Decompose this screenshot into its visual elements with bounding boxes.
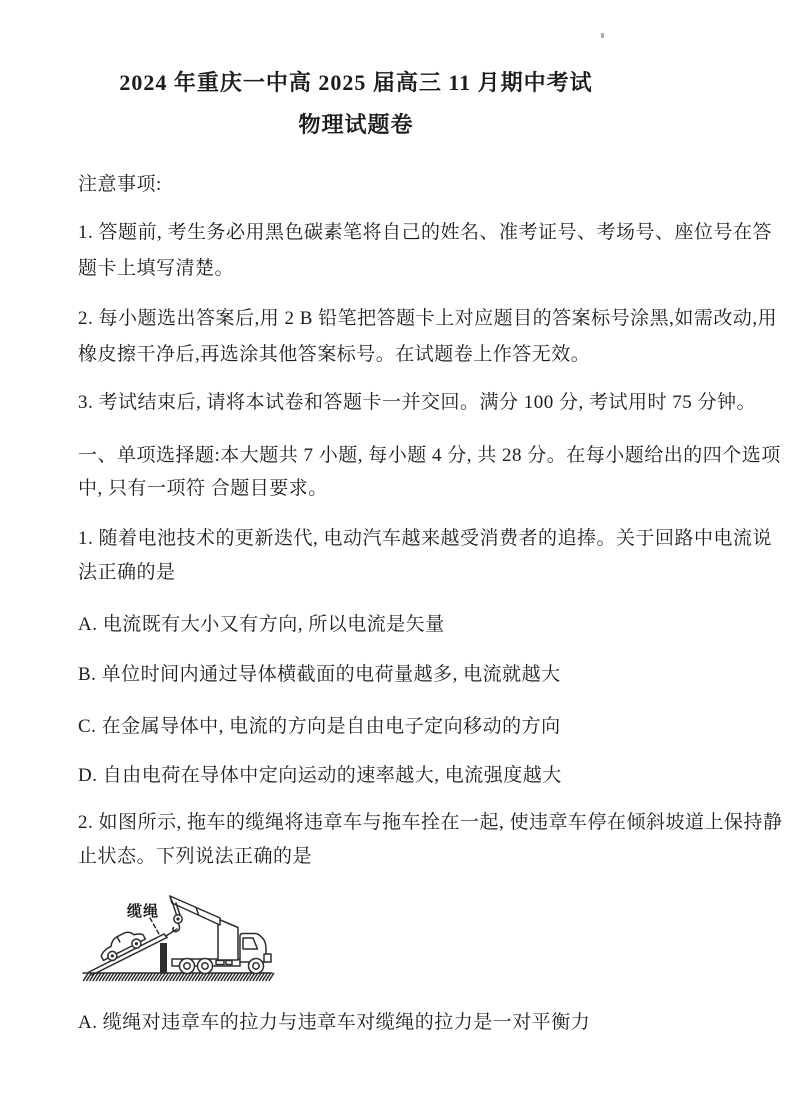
support-post <box>160 943 167 973</box>
label-leader-line <box>150 918 159 934</box>
notice-item-1-line-2: 题卡上填写清楚。 <box>78 256 234 282</box>
notice-item-2-line-1: 2. 每小题选出答案后,用 2 B 铅笔把答题卡上对应题目的答案标号涂黑,如需改… <box>78 306 777 332</box>
figure-label: 缆绳 <box>127 902 159 920</box>
notice-heading: 注意事项: <box>78 172 162 198</box>
front-bumper <box>264 954 271 962</box>
question-1-option-c: C. 在金属导体中, 电流的方向是自由电子定向移动的方向 <box>78 714 561 740</box>
scan-artifact <box>601 33 604 38</box>
bed-detail-1 <box>216 961 224 965</box>
section-1-intro-line-1: 一、单项选择题:本大题共 7 小题, 每小题 4 分, 共 28 分。在每小题给… <box>78 443 781 469</box>
exam-title: 2024 年重庆一中高 2025 届高三 11 月期中考试 <box>76 66 636 97</box>
question-2-option-a: A. 缆绳对违章车的拉力与违章车对缆绳的拉力是一对平衡力 <box>78 1010 590 1036</box>
truck-body <box>218 919 238 960</box>
question-1-stem-line-1: 1. 随着电池技术的更新迭代, 电动汽车越来越受消费者的追捧。关于回路中电流说 <box>78 526 772 552</box>
question-1-option-d: D. 自由电荷在导体中定向运动的速率越大, 电流强度越大 <box>78 763 562 789</box>
exam-paper-page: 2024 年重庆一中高 2025 届高三 11 月期中考试 物理试题卷 注意事项… <box>0 0 800 1105</box>
notice-item-1-line-1: 1. 答题前, 考生务必用黑色碳素笔将自己的姓名、准考证号、考场号、座位号在答 <box>78 220 772 246</box>
cable <box>166 929 177 936</box>
exam-subtitle: 物理试题卷 <box>76 108 636 139</box>
question-2-stem-line-2: 止状态。下列说法正确的是 <box>78 844 312 870</box>
question-1-option-b: B. 单位时间内通过导体横截面的电荷量越多, 电流就越大 <box>78 662 561 688</box>
ground-hatch <box>84 974 274 981</box>
tow-truck-figure: 缆绳 <box>78 888 278 985</box>
question-2-stem-line-1: 2. 如图所示, 拖车的缆绳将违章车与拖车拴在一起, 使违章车停在倾斜坡道上保持… <box>78 810 783 836</box>
section-1-intro-line-2: 中, 只有一项符 合题目要求。 <box>78 476 328 502</box>
question-1-option-a: A. 电流既有大小又有方向, 所以电流是矢量 <box>78 612 445 638</box>
truck-cab <box>240 934 271 963</box>
violating-car <box>97 926 148 965</box>
notice-item-2-line-2: 橡皮擦干净后,再选涂其他答案标号。在试题卷上作答无效。 <box>78 342 590 368</box>
bed-detail-2 <box>226 961 232 965</box>
question-1-stem-line-2: 法正确的是 <box>78 560 176 586</box>
notice-item-3: 3. 考试结束后, 请将本试卷和答题卡一并交回。满分 100 分, 考试用时 7… <box>78 390 756 416</box>
